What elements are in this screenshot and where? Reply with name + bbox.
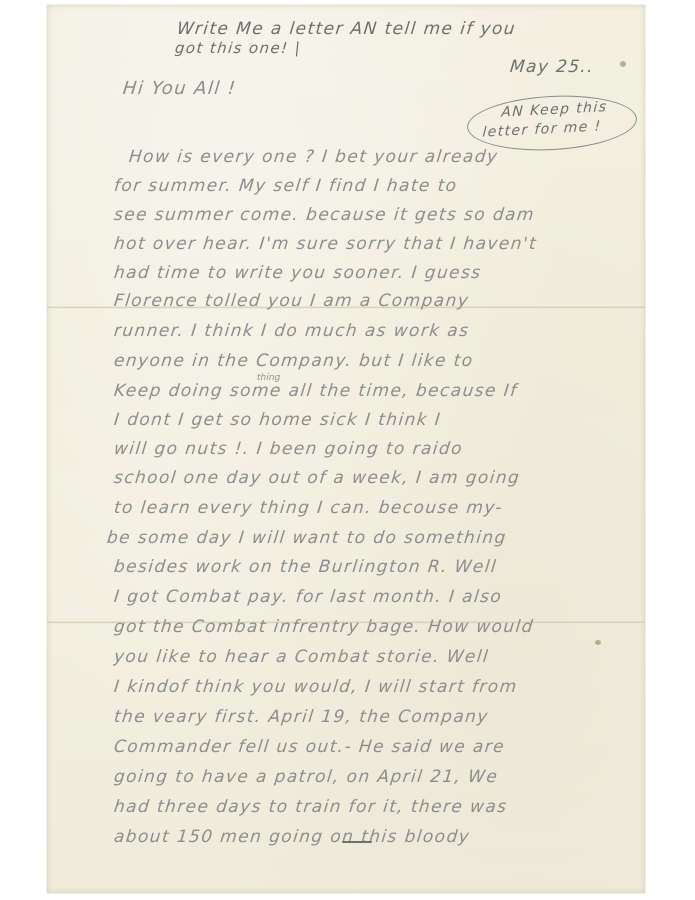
body-line: How is every one ? I bet your already [128, 147, 500, 167]
body-line: Commander fell us out.- He said we are [113, 737, 506, 757]
letter-date: May 25.. [509, 57, 595, 77]
letter-page: Write Me a letter AN tell me if you got … [47, 5, 645, 893]
postscript-line-1: Write Me a letter AN tell me if you [176, 19, 517, 39]
body-line: had time to write you sooner. I guess [113, 263, 483, 283]
body-line: I got Combat pay. for last month. I also [113, 587, 503, 607]
paper-stain [620, 61, 626, 67]
body-line: I kindof think you would, I will start f… [113, 677, 519, 697]
circled-note: AN Keep this letter for me ! [466, 92, 639, 155]
body-line: got the Combat infrentry bage. How would [113, 617, 535, 637]
letter-greeting: Hi You All ! [122, 78, 238, 99]
body-line: had three days to train for it, there wa… [113, 797, 509, 817]
circled-note-line-1: AN Keep this [501, 99, 608, 121]
body-line: see summer come. because it gets so dam [113, 205, 536, 225]
body-line: to learn every thing I can. becouse my- [113, 498, 504, 518]
body-line: for summer. My self I find I hate to [113, 176, 459, 196]
body-line: the veary first. April 19, the Company [113, 707, 490, 727]
body-line: will go nuts !. I been going to raido [113, 439, 464, 459]
body-line: besides work on the Burlington R. Well [113, 557, 498, 577]
body-line: I dont I get so home sick I think I [113, 410, 442, 430]
circled-note-line-2: letter for me ! [482, 118, 602, 140]
body-line: hot over hear. I'm sure sorry that I hav… [113, 234, 538, 254]
body-line: about 150 men going on this bloody [113, 827, 471, 847]
body-line: enyone in the Company. but I like to [113, 351, 475, 371]
pencil-dash [342, 841, 372, 843]
postscript-line-2: got this one! | [174, 39, 302, 57]
body-line: Keep doing some all the time, because If [113, 381, 519, 401]
body-line: going to have a patrol, on April 21, We [113, 767, 499, 787]
body-line: school one day out of a week, I am going [113, 468, 521, 488]
body-line: you like to hear a Combat storie. Well [113, 647, 490, 667]
body-line: be some day I will want to do something [106, 528, 508, 548]
paper-stain [595, 640, 601, 645]
body-line: Florence tolled you I am a Company [113, 291, 470, 311]
body-line: runner. I think I do much as work as [113, 321, 470, 341]
